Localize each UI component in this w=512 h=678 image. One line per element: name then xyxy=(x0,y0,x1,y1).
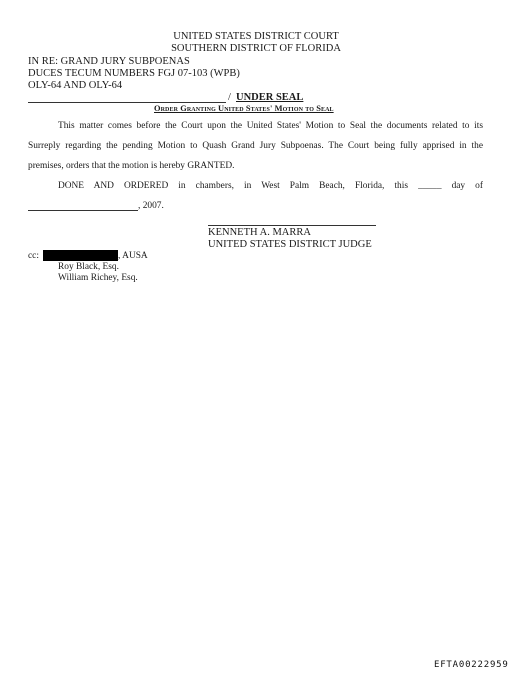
judge-title: UNITED STATES DISTRICT JUDGE xyxy=(208,238,372,251)
paragraph-1-line-2: Surreply regarding the pending Motion to… xyxy=(28,141,483,151)
caption-line-3: OLY-64 AND OLY-64 xyxy=(28,79,122,92)
paragraph-2-line-2: , 2007. xyxy=(138,201,164,211)
court-district: SOUTHERN DISTRICT OF FLORIDA xyxy=(0,42,512,55)
bates-number: EFTA00222959 xyxy=(434,660,509,670)
paragraph-1-line-3: premises, orders that the motion is here… xyxy=(28,161,234,171)
paragraph-2-line-1: DONE AND ORDERED in chambers, in West Pa… xyxy=(58,181,483,191)
cc-recipient: William Richey, Esq. xyxy=(58,273,138,283)
paragraph-1-line-1: This matter comes before the Court upon … xyxy=(58,121,483,131)
cc-recipient: Roy Black, Esq. xyxy=(58,262,119,272)
caption-slash: / xyxy=(228,91,231,104)
cc-label: cc: xyxy=(28,251,39,261)
cc-ausa: , AUSA xyxy=(118,251,148,261)
date-blank-rule xyxy=(28,210,138,211)
caption-rule xyxy=(28,102,226,103)
order-title: Order Granting United States' Motion to … xyxy=(154,104,334,113)
under-seal-label: UNDER SEAL xyxy=(236,91,303,104)
redaction-box xyxy=(43,250,118,261)
